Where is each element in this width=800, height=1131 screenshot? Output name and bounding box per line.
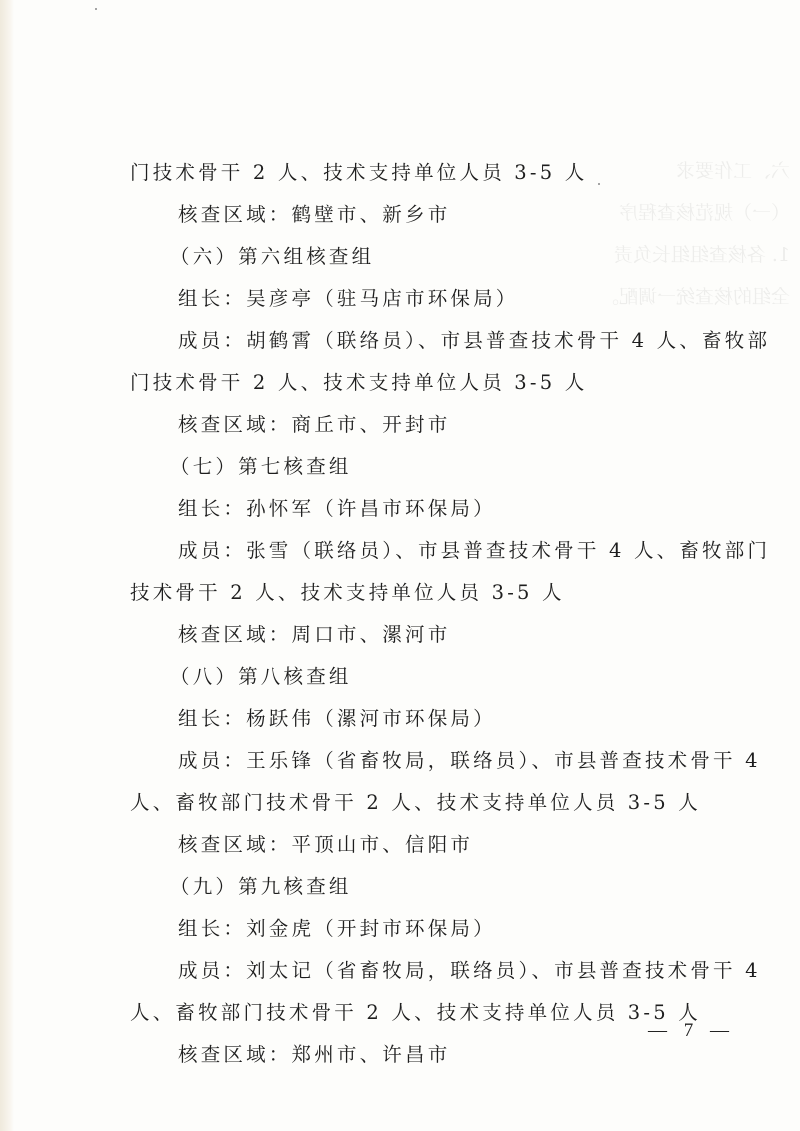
page-number: — 7 — [648,1020,735,1042]
scan-edge-strip [0,0,14,1131]
inspection-area-line: 核查区域：周口市、漯河市 [130,614,730,656]
members-continuation-line: 门技术骨干 2 人、技术支持单位人员 3-5 人 [130,362,730,404]
group-members-line: 成员：张雪（联络员）、市县普查技术骨干 4 人、畜牧部门 [130,530,730,572]
inspection-area-line: 核查区域：平顶山市、信阳市 [130,824,730,866]
group-7-heading: （七）第七核查组 [130,446,730,488]
group-9-heading: （九）第九核查组 [130,866,730,908]
group-leader-line: 组长：孙怀军（许昌市环保局） [130,488,730,530]
members-continuation-line: 人、畜牧部门技术骨干 2 人、技术支持单位人员 3-5 人 [130,992,730,1034]
group-members-line: 成员：胡鹤霄（联络员）、市县普查技术骨干 4 人、畜牧部 [130,320,730,362]
document-body: 门技术骨干 2 人、技术支持单位人员 3-5 人 核查区域：鹤壁市、新乡市 （六… [130,152,730,1076]
group-6-heading: （六）第六组核查组 [130,236,730,278]
group-leader-line: 组长：吴彦亭（驻马店市环保局） [130,278,730,320]
group-members-line: 成员：刘太记（省畜牧局，联络员）、市县普查技术骨干 4 [130,950,730,992]
group-members-line: 成员：王乐锋（省畜牧局，联络员）、市县普查技术骨干 4 [130,740,730,782]
inspection-area-line: 核查区域：商丘市、开封市 [130,404,730,446]
members-continuation-line: 人、畜牧部门技术骨干 2 人、技术支持单位人员 3-5 人 [130,782,730,824]
group-8-heading: （八）第八核查组 [130,656,730,698]
inspection-area-line: 核查区域：郑州市、许昌市 [130,1034,730,1076]
group-leader-line: 组长：刘金虎（开封市环保局） [130,908,730,950]
members-continuation-line: 门技术骨干 2 人、技术支持单位人员 3-5 人 [130,152,730,194]
group-leader-line: 组长：杨跃伟（漯河市环保局） [130,698,730,740]
scan-speck [95,8,97,10]
inspection-area-line: 核查区域：鹤壁市、新乡市 [130,194,730,236]
members-continuation-line: 技术骨干 2 人、技术支持单位人员 3-5 人 [130,572,730,614]
